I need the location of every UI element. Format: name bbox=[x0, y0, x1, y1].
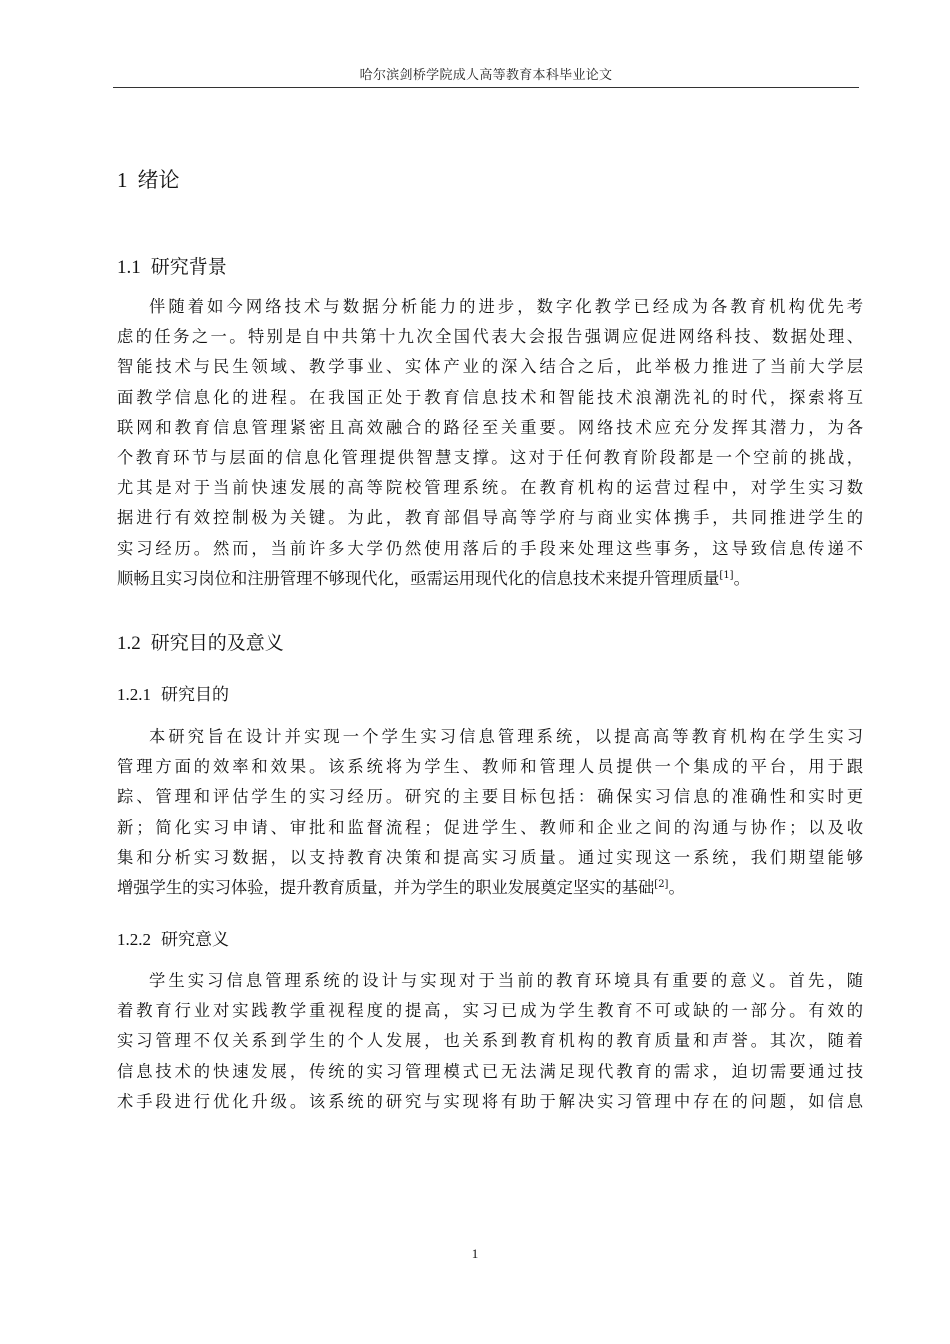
section-title: 研究背景 bbox=[151, 256, 227, 278]
text-line: 顺畅且实习岗位和注册管理不够现代化，亟需运用现代化的信息技术来提升管理质量[1]… bbox=[117, 564, 863, 594]
subsection-title: 研究意义 bbox=[161, 930, 229, 950]
text-line: 智能技术与民生领域、教学事业、实体产业的深入结合之后，此举极力推进了当前大学层 bbox=[117, 352, 863, 382]
section-title: 研究目的及意义 bbox=[151, 632, 284, 654]
text-line: 据进行有效控制极为关键。为此，教育部倡导高等学府与商业实体携手，共同推进学生的 bbox=[117, 503, 863, 533]
subsection-number: 1.2.1 bbox=[117, 685, 151, 704]
text-fragment: 。 bbox=[734, 569, 750, 588]
section-heading-1-1: 1.1研究背景 bbox=[117, 252, 227, 279]
running-header: 哈尔滨剑桥学院成人高等教育本科毕业论文 bbox=[113, 64, 859, 83]
text-line: 信息技术的快速发展，传统的实习管理模式已无法满足现代教育的需求，迫切需要通过技 bbox=[117, 1057, 863, 1087]
text-line: 虑的任务之一。特别是自中共第十九次全国代表大会报告强调应促进网络科技、数据处理、 bbox=[117, 322, 863, 352]
citation-2[interactable]: [2] bbox=[654, 879, 668, 890]
text-fragment: 顺畅且实习岗位和注册管理不够现代化，亟需运用现代化的信息技术来提升管理质量 bbox=[117, 569, 719, 588]
chapter-number: 1 bbox=[117, 168, 128, 192]
text-line: 个教育环节与层面的信息化管理提供智慧支撑。这对于任何教育阶段都是一个空前的挑战， bbox=[117, 443, 863, 473]
chapter-heading: 1绪论 bbox=[117, 164, 180, 194]
text-line: 术手段进行优化升级。该系统的研究与实现将有助于解决实习管理中存在的问题，如信息 bbox=[117, 1087, 863, 1117]
section-number: 1.2 bbox=[117, 633, 141, 654]
text-line: 学生实习信息管理系统的设计与实现对于当前的教育环境具有重要的意义。首先，随 bbox=[117, 966, 863, 996]
text-line: 实习经历。然而，当前许多大学仍然使用落后的手段来处理这些事务，这导致信息传递不 bbox=[117, 534, 863, 564]
text-fragment: 。 bbox=[668, 878, 684, 897]
text-line: 新；简化实习申请、审批和监督流程；促进学生、教师和企业之间的沟通与协作；以及收 bbox=[117, 813, 863, 843]
paragraph-research-significance: 学生实习信息管理系统的设计与实现对于当前的教育环境具有重要的意义。首先，随 着教… bbox=[117, 966, 863, 1117]
page-number: 1 bbox=[0, 1246, 950, 1262]
subsection-title: 研究目的 bbox=[161, 685, 229, 705]
paragraph-research-background: 伴随着如今网络技术与数据分析能力的进步，数字化教学已经成为各教育机构优先考 虑的… bbox=[117, 292, 863, 594]
text-line: 管理方面的效率和效果。该系统将为学生、教师和管理人员提供一个集成的平台，用于跟 bbox=[117, 752, 863, 782]
text-fragment: 增强学生的实习体验，提升教育质量，并为学生的职业发展奠定坚实的基础 bbox=[117, 878, 654, 897]
citation-1[interactable]: [1] bbox=[719, 570, 733, 581]
text-line: 尤其是对于当前快速发展的高等院校管理系统。在教育机构的运营过程中，对学生实习数 bbox=[117, 473, 863, 503]
text-line: 联网和教育信息管理紧密且高效融合的路径至关重要。网络技术应充分发挥其潜力，为各 bbox=[117, 413, 863, 443]
subsection-heading-1-2-2: 1.2.2研究意义 bbox=[117, 925, 229, 950]
chapter-title: 绪论 bbox=[138, 168, 180, 192]
section-heading-1-2: 1.2研究目的及意义 bbox=[117, 628, 284, 655]
text-line: 着教育行业对实践教学重视程度的提高，实习已成为学生教育不可或缺的一部分。有效的 bbox=[117, 996, 863, 1026]
section-number: 1.1 bbox=[117, 257, 141, 278]
paragraph-research-purpose: 本研究旨在设计并实现一个学生实习信息管理系统，以提高高等教育机构在学生实习 管理… bbox=[117, 722, 863, 903]
text-line: 集和分析实习数据，以支持教育决策和提高实习质量。通过实现这一系统，我们期望能够 bbox=[117, 843, 863, 873]
header-divider bbox=[113, 87, 859, 88]
text-line: 踪、管理和评估学生的实习经历。研究的主要目标包括：确保实习信息的准确性和实时更 bbox=[117, 782, 863, 812]
text-line: 面教学信息化的进程。在我国正处于教育信息技术和智能技术浪潮洗礼的时代，探索将互 bbox=[117, 383, 863, 413]
subsection-heading-1-2-1: 1.2.1研究目的 bbox=[117, 680, 229, 705]
subsection-number: 1.2.2 bbox=[117, 930, 151, 949]
text-line: 增强学生的实习体验，提升教育质量，并为学生的职业发展奠定坚实的基础[2]。 bbox=[117, 873, 863, 903]
text-line: 实习管理不仅关系到学生的个人发展，也关系到教育机构的教育质量和声誉。其次，随着 bbox=[117, 1026, 863, 1056]
text-line: 本研究旨在设计并实现一个学生实习信息管理系统，以提高高等教育机构在学生实习 bbox=[117, 722, 863, 752]
text-line: 伴随着如今网络技术与数据分析能力的进步，数字化教学已经成为各教育机构优先考 bbox=[117, 292, 863, 322]
